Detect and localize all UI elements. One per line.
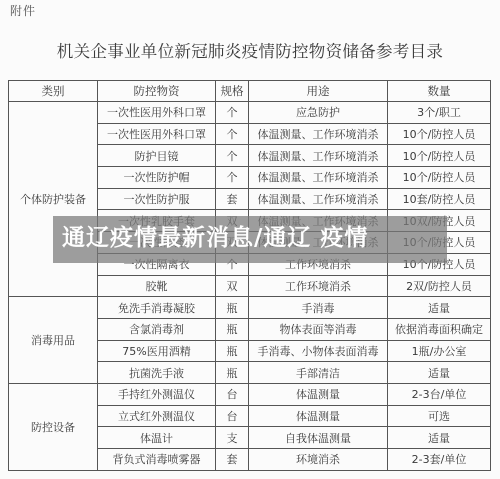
supplies-table: 类别 防控物资 规格 用途 数量 个体防护装备 一次性医用外科口罩 个 应急防护…: [8, 80, 491, 471]
quantity-cell: 适量: [388, 297, 491, 319]
use-cell: 工作环境消杀: [249, 275, 388, 297]
use-cell: 物体表面等消毒: [249, 318, 388, 340]
item-cell: 一次性医用外科口罩: [98, 123, 216, 145]
use-cell: 手部清洁: [249, 362, 388, 384]
item-cell: 防护目镜: [98, 145, 216, 167]
item-cell: 抗菌洗手液: [98, 362, 216, 384]
unit-cell: 双: [216, 275, 249, 297]
item-cell: 背负式消毒喷雾器: [98, 449, 216, 471]
unit-cell: 瓶: [216, 362, 249, 384]
quantity-cell: 依据消毒面积确定: [388, 318, 491, 340]
quantity-cell: 1瓶/办公室: [388, 340, 491, 362]
category-cell: 消毒用品: [9, 297, 98, 384]
header-item: 防控物资: [98, 81, 216, 102]
use-cell: 应急防护: [249, 102, 388, 124]
header-use: 用途: [249, 81, 388, 102]
quantity-cell: 10个/防控人员: [388, 167, 491, 189]
attachment-label: 附件: [10, 2, 36, 19]
use-cell: 体温测量、工作环境消杀: [249, 145, 388, 167]
unit-cell: 台: [216, 405, 249, 427]
use-cell: 手消毒、小物体表面消毒: [249, 340, 388, 362]
document-title: 机关企事业单位新冠肺炎疫情防控物资储备参考目录: [0, 38, 500, 62]
use-cell: 手消毒: [249, 297, 388, 319]
quantity-cell: 适量: [388, 427, 491, 449]
header-unit: 规格: [216, 81, 249, 102]
item-cell: 一次性防护服: [98, 188, 216, 210]
unit-cell: 瓶: [216, 340, 249, 362]
quantity-cell: 10个/防控人员: [388, 145, 491, 167]
use-cell: 体温测量: [249, 383, 388, 405]
overlay-caption: 通辽疫情最新消息/通辽 疫情: [62, 219, 368, 252]
unit-cell: 支: [216, 427, 249, 449]
quantity-cell: 10个/防控人员: [388, 123, 491, 145]
table-row: 防控设备 手持红外测温仪 台 体温测量 2-3台/单位: [9, 383, 491, 405]
unit-cell: 套: [216, 188, 249, 210]
use-cell: 环境消杀: [249, 449, 388, 471]
quantity-cell: 2-3套/单位: [388, 449, 491, 471]
unit-cell: 个: [216, 167, 249, 189]
unit-cell: 个: [216, 145, 249, 167]
table-row: 个体防护装备 一次性医用外科口罩 个 应急防护 3个/职工: [9, 102, 491, 124]
category-cell: 个体防护装备: [9, 102, 98, 297]
unit-cell: 个: [216, 123, 249, 145]
table-header-row: 类别 防控物资 规格 用途 数量: [9, 81, 491, 102]
quantity-cell: 可选: [388, 405, 491, 427]
item-cell: 立式红外测温仪: [98, 405, 216, 427]
header-quantity: 数量: [388, 81, 491, 102]
use-cell: 体温测量、工作环境消杀: [249, 123, 388, 145]
item-cell: 免洗手消毒凝胶: [98, 297, 216, 319]
quantity-cell: 10套/防控人员: [388, 188, 491, 210]
item-cell: 一次性防护帽: [98, 167, 216, 189]
item-cell: 胶靴: [98, 275, 216, 297]
unit-cell: 套: [216, 449, 249, 471]
unit-cell: 台: [216, 383, 249, 405]
unit-cell: 个: [216, 102, 249, 124]
quantity-cell: 3个/职工: [388, 102, 491, 124]
item-cell: 含氯消毒剂: [98, 318, 216, 340]
unit-cell: 瓶: [216, 297, 249, 319]
item-cell: 75%医用酒精: [98, 340, 216, 362]
quantity-cell: 2双/防控人员: [388, 275, 491, 297]
quantity-cell: 适量: [388, 362, 491, 384]
quantity-cell: 2-3台/单位: [388, 383, 491, 405]
item-cell: 手持红外测温仪: [98, 383, 216, 405]
item-cell: 一次性医用外科口罩: [98, 102, 216, 124]
item-cell: 体温计: [98, 427, 216, 449]
category-cell: 防控设备: [9, 383, 98, 470]
use-cell: 体温测量: [249, 405, 388, 427]
table-row: 消毒用品 免洗手消毒凝胶 瓶 手消毒 适量: [9, 297, 491, 319]
use-cell: 体温测量、工作环境消杀: [249, 188, 388, 210]
header-category: 类别: [9, 81, 98, 102]
use-cell: 自我体温测量: [249, 427, 388, 449]
use-cell: 体温测量、工作环境消杀: [249, 167, 388, 189]
unit-cell: 瓶: [216, 318, 249, 340]
